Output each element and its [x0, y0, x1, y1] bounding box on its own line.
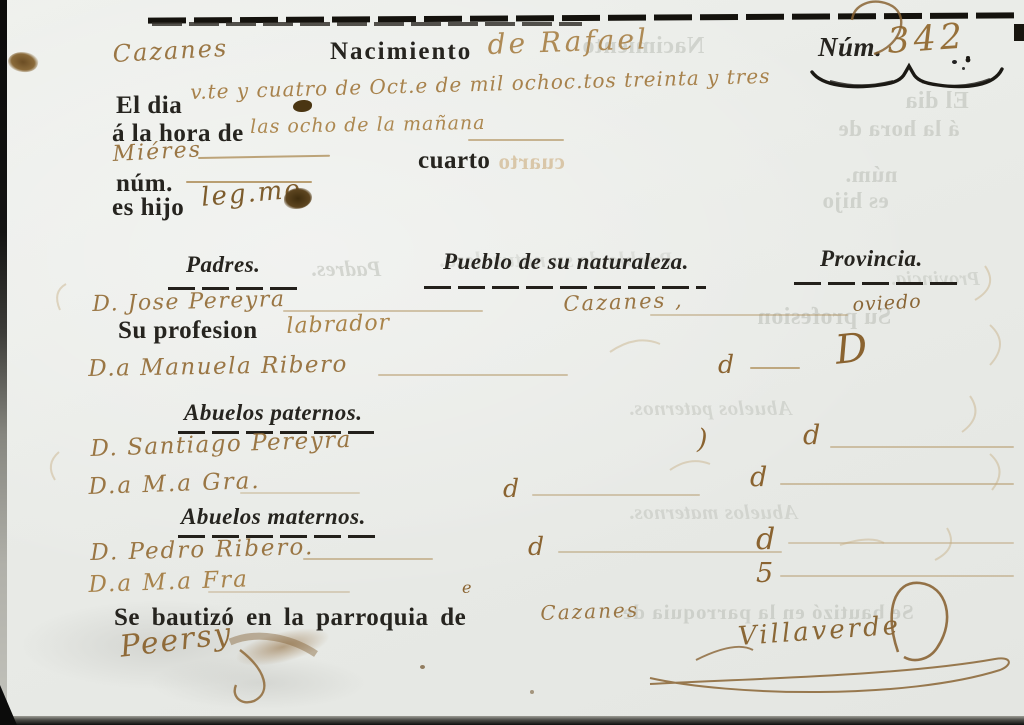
num-brace-weight	[830, 79, 990, 86]
abuela-materna-provincia-ditto: 5	[756, 558, 773, 589]
abuelo-paterno-pueblo-ditto: )	[697, 424, 708, 455]
child-name: de Rafael	[487, 22, 649, 61]
heading-abuelos-paternos: Abuelos paternos.	[184, 400, 362, 426]
ink-speck-1	[952, 60, 957, 64]
header-padres: Padres.	[186, 252, 260, 278]
abuelo-paterno-rule	[830, 446, 1014, 448]
header-pueblo: Pueblo de su naturaleza.	[443, 249, 689, 275]
form-title: Nacimiento	[330, 38, 472, 66]
madre-ditto-rule	[750, 367, 800, 369]
calle-value: Miéres	[112, 137, 203, 167]
madre-rule	[378, 374, 568, 376]
heading-abuelos-maternos: Abuelos maternos.	[181, 504, 366, 530]
calle-rule	[198, 155, 330, 159]
ink-speck-5	[530, 690, 534, 694]
field-hijo-label: es hijo	[112, 194, 184, 222]
top-dashed-rule-2	[152, 22, 582, 26]
ink-speck-4	[420, 665, 425, 669]
abuelo-materno-pueblo-ditto: d	[528, 532, 544, 561]
bleed-hora: á la hora de	[838, 116, 960, 142]
ink-blot-date	[293, 100, 312, 112]
padre-pueblo-rule	[650, 314, 848, 316]
abuela-materna-name: D.a M.a Fra	[88, 566, 249, 598]
ink-blot-hijo	[284, 188, 312, 209]
signature-underline	[650, 658, 1009, 692]
num-value: 342	[886, 17, 967, 62]
abuelo-materno-name: D. Pedro Ribero.	[90, 534, 315, 566]
ink-stain-top-left	[6, 49, 40, 75]
scan-left-edge	[0, 0, 7, 725]
hora-value: las ocho de la mañana	[250, 112, 486, 138]
scan-corner-wedge	[0, 685, 17, 725]
abuela-paterna-pueblo-ditto: d	[503, 474, 519, 503]
scan-right-top-mark	[1014, 24, 1024, 41]
padre-name: D. Jose Pereyra	[92, 287, 286, 317]
abuela-paterna-provincia-rule	[780, 483, 1014, 485]
bleed-el-dia: El dia	[905, 88, 969, 115]
abuela-materna-mark: e	[462, 578, 471, 597]
bautizo-value: Cazanes	[540, 598, 639, 625]
abuelo-materno-pueblo-rule	[558, 551, 782, 553]
padre-pueblo: Cazanes ,	[563, 288, 684, 316]
abuela-materna-provincia-rule	[780, 575, 1014, 577]
field-el-dia-label: El dia	[116, 92, 182, 120]
num-label: Núm.	[818, 32, 882, 63]
hora-rule	[468, 139, 564, 141]
field-cuarto-label: cuarto	[418, 147, 490, 175]
place-name: Cazanes	[112, 34, 229, 68]
abuelo-paterno-name: D. Santiago Pereyra	[90, 427, 352, 462]
abuela-paterna-rule	[240, 492, 360, 494]
bleed-num: núm.	[845, 162, 898, 188]
bleed-abuelos-paternos: Abuelos paternos.	[628, 396, 792, 421]
abuela-materna-rule	[208, 591, 350, 593]
madre-name: D.a Manuela Ribero	[88, 351, 348, 382]
bleed-hijo: es hijo	[822, 188, 889, 214]
underline-provincia	[794, 282, 964, 285]
abuelo-materno-rule	[303, 558, 433, 560]
bleed-padres: Padres.	[310, 256, 381, 282]
ink-speck-2	[962, 67, 965, 70]
provincia-ditto-mark: D	[833, 325, 870, 374]
padre-provincia: oviedo	[852, 290, 922, 316]
abuela-paterna-provincia-ditto: d	[750, 462, 767, 493]
num-brace	[812, 66, 1002, 87]
abuelo-materno-provincia-ditto: d	[756, 522, 775, 557]
bleed-cuarto: cuarto	[498, 149, 565, 175]
header-provincia: Provincia.	[820, 246, 923, 272]
profesion-label: Su profesion	[118, 317, 258, 345]
abuelo-paterno-provincia-ditto: d	[803, 420, 820, 451]
ink-speck-3	[966, 56, 970, 59]
profesion-value: labrador	[286, 310, 391, 339]
abuelo-materno-provincia-rule	[788, 542, 1014, 544]
madre-pueblo-ditto: d	[718, 350, 734, 379]
abuela-paterna-name: D.a M.a Gra.	[88, 468, 261, 500]
el-dia-value: v.te y cuatro de Oct.e de mil ochoc.tos …	[190, 64, 771, 104]
abuela-paterna-pueblo-rule	[532, 494, 700, 496]
scanned-birth-record: Nacimiento El dia á la hora de cuarto nú…	[0, 0, 1024, 725]
scan-bottom-edge	[0, 716, 1024, 725]
